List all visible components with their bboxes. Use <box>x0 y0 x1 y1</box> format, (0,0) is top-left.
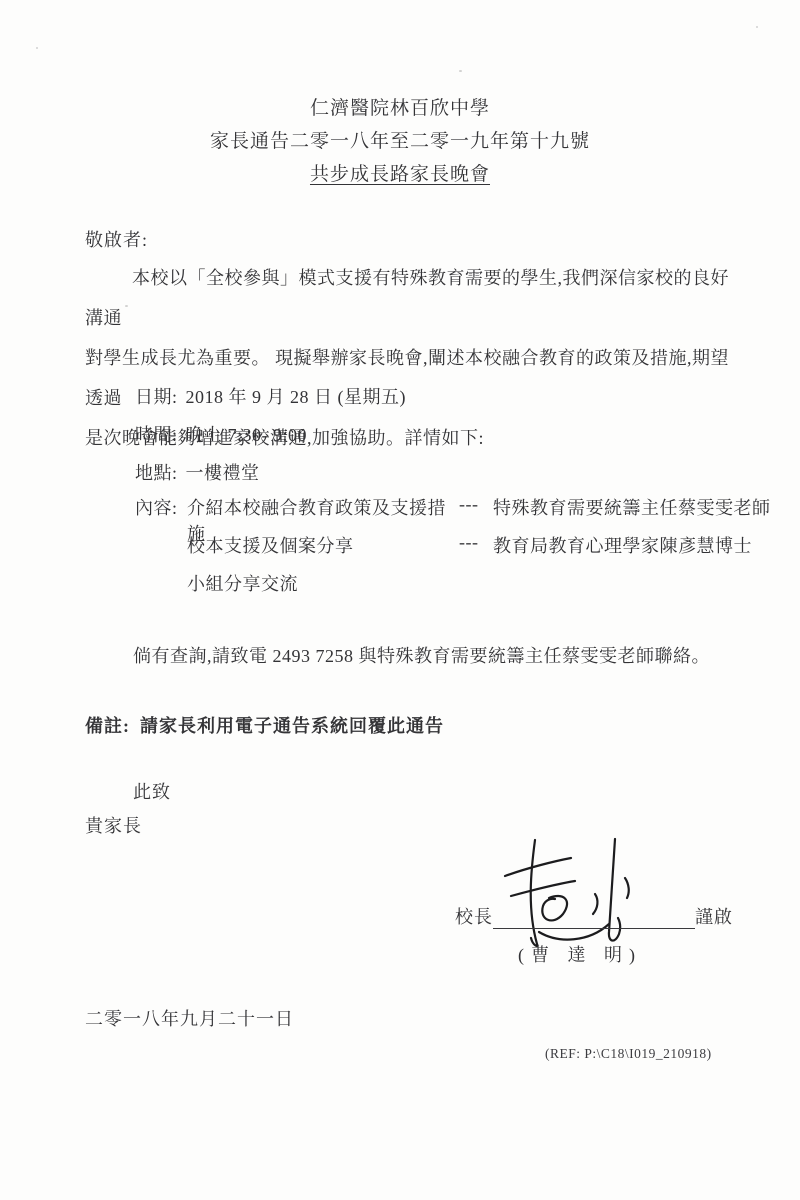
remark-line: 備註:請家長利用電子通告系統回覆此通告 <box>85 712 444 738</box>
signature-line <box>493 907 695 929</box>
date-value: 2018 年 9 月 28 日 (星期五) <box>186 387 407 407</box>
remark-text: 請家長利用電子通告系統回覆此通告 <box>140 716 444 736</box>
content-row: 校本支援及個案分享 --- 教育局教育心理學家陳彥慧博士 <box>135 532 775 558</box>
content-presenter <box>493 570 775 596</box>
content-label-spacer <box>135 570 187 596</box>
school-name: 仁濟醫院林百欣中學 <box>0 92 800 125</box>
notice-title: 共步成長路家長晚會 <box>0 158 800 191</box>
signature-row: 校長 謹啟 <box>455 903 733 929</box>
content-row: 小組分享交流 <box>135 570 775 596</box>
content-label-spacer <box>135 532 187 558</box>
content-item: 校本支援及個案分享 <box>187 532 459 558</box>
scanned-notice-page: 仁濟醫院林百欣中學 家長通告二零一八年至二零一九年第十九號 共步成長路家長晚會 … <box>0 0 800 1200</box>
scan-speck <box>459 70 462 72</box>
principal-label: 校長 <box>455 903 493 929</box>
time-label: 時間: <box>135 425 178 445</box>
date-label: 日期: <box>135 387 178 407</box>
remark-label: 備註: <box>85 716 130 736</box>
closing-recipient: 貴家長 <box>85 812 142 838</box>
detail-date: 日期:2018 年 9 月 28 日 (星期五) <box>135 383 406 409</box>
enquiry-line: 倘有查詢,請致電 2493 7258 與特殊教育需要統籌主任蔡雯雯老師聯絡。 <box>133 642 710 668</box>
principal-signature <box>497 836 652 950</box>
content-presenter: 教育局教育心理學家陳彥慧博士 <box>493 532 775 558</box>
scan-speck <box>756 26 758 28</box>
salutation: 敬啟者: <box>85 226 148 252</box>
venue-label: 地點: <box>135 463 178 483</box>
body-line: 本校以「全校參與」模式支援有特殊教育需要的學生,我們深信家校的良好溝通 <box>85 258 735 338</box>
time-value: 晚上 7:30- 9:00 <box>186 425 308 445</box>
detail-venue: 地點:一樓禮堂 <box>135 459 260 485</box>
file-reference: (REF: P:\C18\I019_210918) <box>545 1046 712 1062</box>
closing-cizhi: 此致 <box>133 778 171 804</box>
detail-time: 時間:晚上 7:30- 9:00 <box>135 421 307 447</box>
notice-number: 家長通告二零一八年至二零一九年第十九號 <box>0 125 800 158</box>
scan-speck <box>36 47 38 49</box>
content-dashes <box>459 570 493 596</box>
letter-header: 仁濟醫院林百欣中學 家長通告二零一八年至二零一九年第十九號 共步成長路家長晚會 <box>0 92 800 191</box>
issue-date: 二零一八年九月二十一日 <box>85 1005 294 1031</box>
venue-value: 一樓禮堂 <box>186 463 260 483</box>
respectfully-label: 謹啟 <box>695 903 733 929</box>
content-item: 小組分享交流 <box>187 570 459 596</box>
principal-name: (曹 達 明) <box>518 941 642 967</box>
content-dashes: --- <box>459 532 493 558</box>
